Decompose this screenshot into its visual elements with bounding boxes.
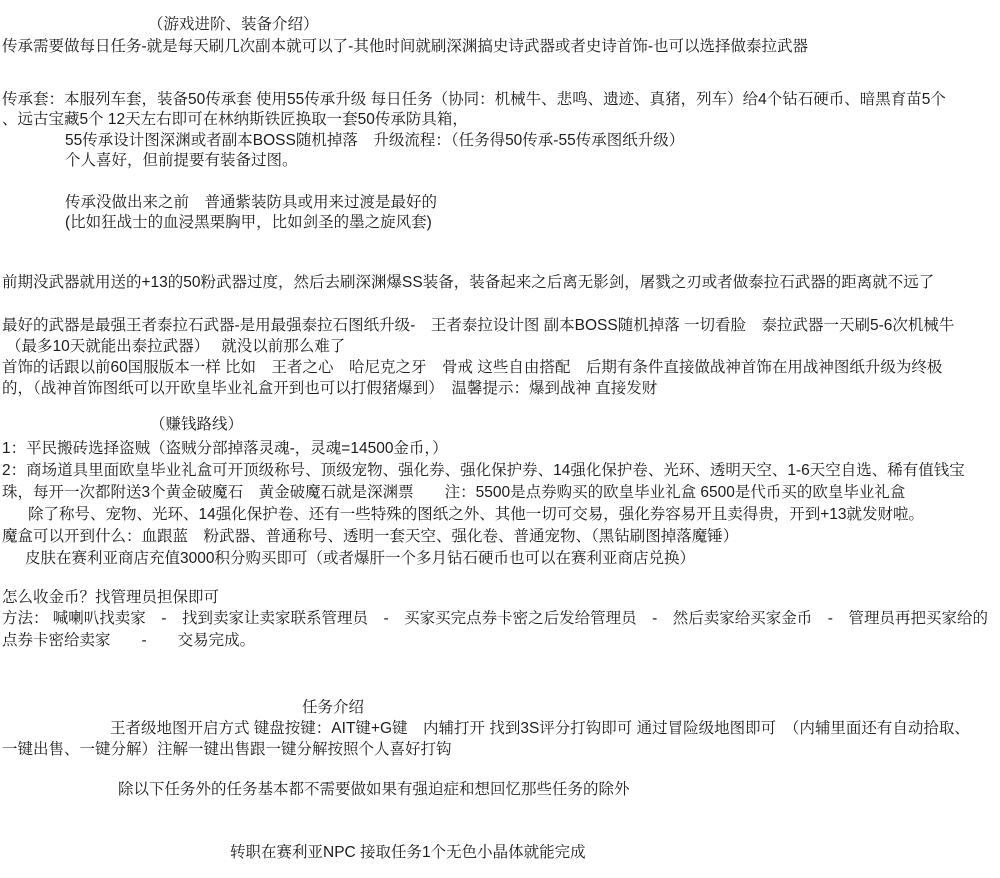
text-line: （游戏进阶、装备介绍） bbox=[148, 15, 319, 35]
text-line: 前期没武器就用送的+13的50粉武器过度，然后去刷深渊爆SS装备，装备起来之后离… bbox=[2, 273, 934, 293]
text-line: 点券卡密给卖家 - 交易完成。 bbox=[2, 631, 255, 651]
text-line: 、远古宝藏5个 12天左右即可在林纳斯铁匠换取一套50传承防具箱， bbox=[2, 110, 468, 130]
text-line: 怎么收金币？找管理员担保即可 bbox=[2, 588, 219, 608]
text-line: 王者级地图开启方式 键盘按键：AIT键+G键 内辅打开 找到3S评分打钩即可 通… bbox=[110, 719, 970, 739]
text-line: 1：平民搬砖选择盗贼（盗贼分部掉落灵魂-，灵魂=14500金币，） bbox=[2, 439, 448, 459]
text-line: （赚钱路线） bbox=[150, 415, 243, 435]
text-line: 除了称号、宠物、光环、14强化保护卷、还有一些特殊的图纸之外、其他一切可交易，强… bbox=[28, 505, 924, 525]
text-line: 传承套：本服列车套，装备50传承套 使用55传承升级 每日任务（协同：机械牛、悲… bbox=[2, 90, 946, 110]
text-line: （最多10天就能出泰拉武器） 就没以前那么难了 bbox=[6, 337, 345, 357]
text-line: 珠，每开一次都附送3个黄金破魔石 黄金破魔石就是深渊票 注：5500是点券购买的… bbox=[2, 483, 905, 503]
text-line: 一键出售、一键分解）注解一键出售跟一键分解按照个人喜好打钩 bbox=[2, 740, 452, 760]
text-line: 首饰的话跟以前60国服版本一样 比如 王者之心 哈尼克之牙 骨戒 这些自由搭配 … bbox=[2, 358, 942, 378]
text-line: 最好的武器是最强王者泰拉石武器-是用最强泰拉石图纸升级- 王者泰拉设计图 副本B… bbox=[2, 316, 954, 336]
text-line: 传承没做出来之前 普通紫装防具或用来过渡是最好的 bbox=[65, 193, 437, 213]
text-line: 除以下任务外的任务基本都不需要做如果有强迫症和想回忆那些任务的除外 bbox=[118, 780, 630, 800]
text-line: 55传承设计图深渊或者副本BOSS随机掉落 升级流程：（任务得50传承-55传承… bbox=[65, 131, 684, 151]
text-line: 2：商场道具里面欧皇毕业礼盒可开顶级称号、顶级宠物、强化券、强化保护券、14强化… bbox=[2, 461, 965, 481]
text-line: 个人喜好，但前提要有装备过图。 bbox=[65, 151, 298, 171]
text-line: (比如狂战士的血浸黑栗胸甲，比如剑圣的墨之旋风套) bbox=[65, 213, 432, 233]
text-line: 任务介绍 bbox=[302, 698, 364, 718]
text-line: 转职在赛利亚NPC 接取任务1个无色小晶体就能完成 bbox=[230, 843, 586, 863]
document-page: （游戏进阶、装备介绍）传承需要做每日任务-就是每天刷几次副本就可以了-其他时间就… bbox=[0, 0, 1000, 878]
text-line: 皮肤在赛利亚商店充值3000积分购买即可（或者爆肝一个多月钻石硬币也可以在赛利亚… bbox=[25, 549, 695, 569]
text-line: 传承需要做每日任务-就是每天刷几次副本就可以了-其他时间就刷深渊搞史诗武器或者史… bbox=[2, 37, 808, 57]
text-line: 的，（战神首饰图纸可以开欧皇毕业礼盒开到也可以打假猪爆到） 温馨提示：爆到战神 … bbox=[2, 379, 657, 399]
text-line: 魔盒可以开到什么：血跟蓝 粉武器、普通称号、透明一套天空、强化卷、普通宠物、（黑… bbox=[2, 527, 738, 547]
text-line: 方法： 喊喇叭找卖家 - 找到卖家让卖家联系管理员 - 买家买完点券卡密之后发给… bbox=[2, 609, 988, 629]
